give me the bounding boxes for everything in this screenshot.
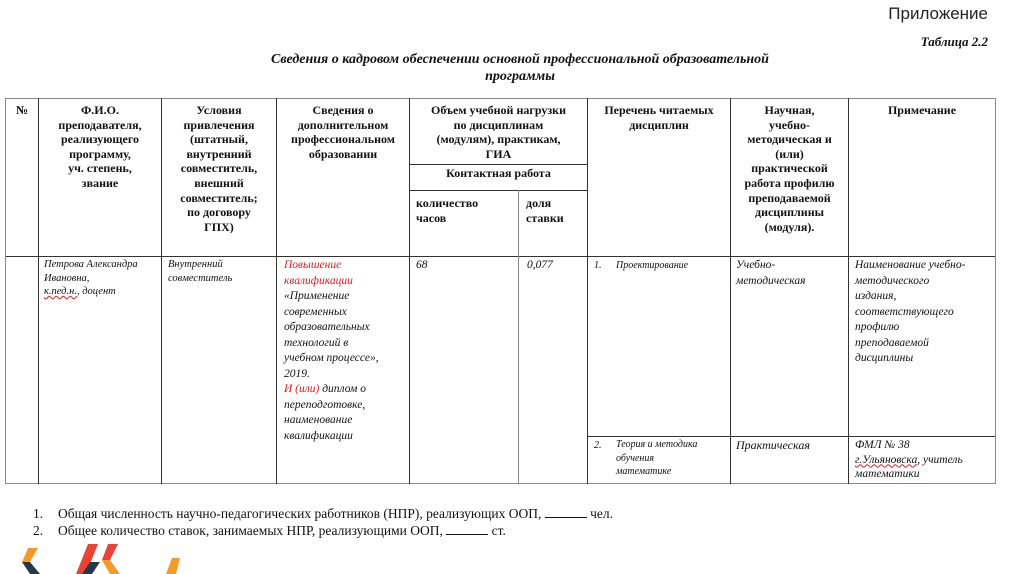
discipline-split-line [587, 436, 996, 437]
workload-split-line [409, 164, 587, 165]
header-hours: количество часов [416, 196, 516, 225]
discipline-1-note: Наименование учебно- методического издан… [855, 258, 995, 367]
appendix-label: Приложение [888, 4, 988, 24]
discipline-1-name: Проектирование [616, 258, 728, 273]
brand-logo-icon [0, 540, 200, 574]
discipline-2-work-type: Практическая [736, 438, 846, 453]
document-title: Сведения о кадровом обеспечении основной… [200, 51, 840, 85]
header-workload: Объем учебной нагрузки по дисциплинам (м… [410, 103, 587, 161]
discipline-2-name: Теория и методика обучения математике [616, 438, 728, 479]
col-line [518, 190, 519, 484]
title-line-1: Сведения о кадровом обеспечении основной… [200, 51, 840, 68]
header-additional-education: Сведения о дополнительном профессиональн… [277, 103, 409, 161]
staff-count-blank[interactable] [545, 505, 587, 518]
col-line [587, 98, 588, 484]
header-contact-work: Контактная работа [410, 166, 587, 181]
header-num: № [6, 103, 38, 118]
rate-count-blank[interactable] [446, 522, 488, 535]
summary-item-1: 1.Общая численность научно-педагогически… [33, 505, 613, 522]
cell-fio: Петрова Александра Ивановна, к.пед.н., д… [44, 258, 160, 299]
cell-conditions: Внутренний совместитель [168, 258, 274, 285]
discipline-2-num: 2. [594, 438, 614, 453]
discipline-1-work-type: Учебно- методическая [736, 258, 846, 289]
header-note: Примечание [849, 103, 995, 118]
city-name: г.Ульяновска [855, 454, 917, 466]
summary-item-2: 2.Общее количество ставок, занимаемых НП… [33, 522, 613, 539]
discipline-2-note: ФМЛ № 38 г.Ульяновска, учитель математик… [855, 438, 995, 482]
header-fio: Ф.И.О. преподавателя, реализующего прогр… [39, 103, 161, 191]
header-scientific-work: Научная, учебно- методическая и (или) пр… [731, 103, 848, 234]
col-line [848, 98, 849, 484]
table-number: Таблица 2.2 [921, 34, 988, 50]
header-conditions: Условия привлечения (штатный, внутренний… [162, 103, 276, 234]
col-line [995, 98, 996, 484]
discipline-1-num: 1. [594, 258, 614, 273]
cell-additional-education: Повышение квалификации «Применение совре… [284, 258, 408, 444]
cell-rate-share: 0,077 [527, 258, 587, 273]
title-line-2: программы [200, 68, 840, 85]
summary-list: 1.Общая численность научно-педагогически… [33, 505, 613, 539]
header-rate-share: доля ставки [526, 196, 586, 225]
header-disciplines: Перечень читаемых дисциплин [588, 103, 730, 132]
contact-split-line [409, 190, 587, 191]
degree-abbr: к.пед.н. [44, 286, 77, 297]
col-line [5, 98, 6, 484]
cell-hours: 68 [416, 258, 516, 273]
